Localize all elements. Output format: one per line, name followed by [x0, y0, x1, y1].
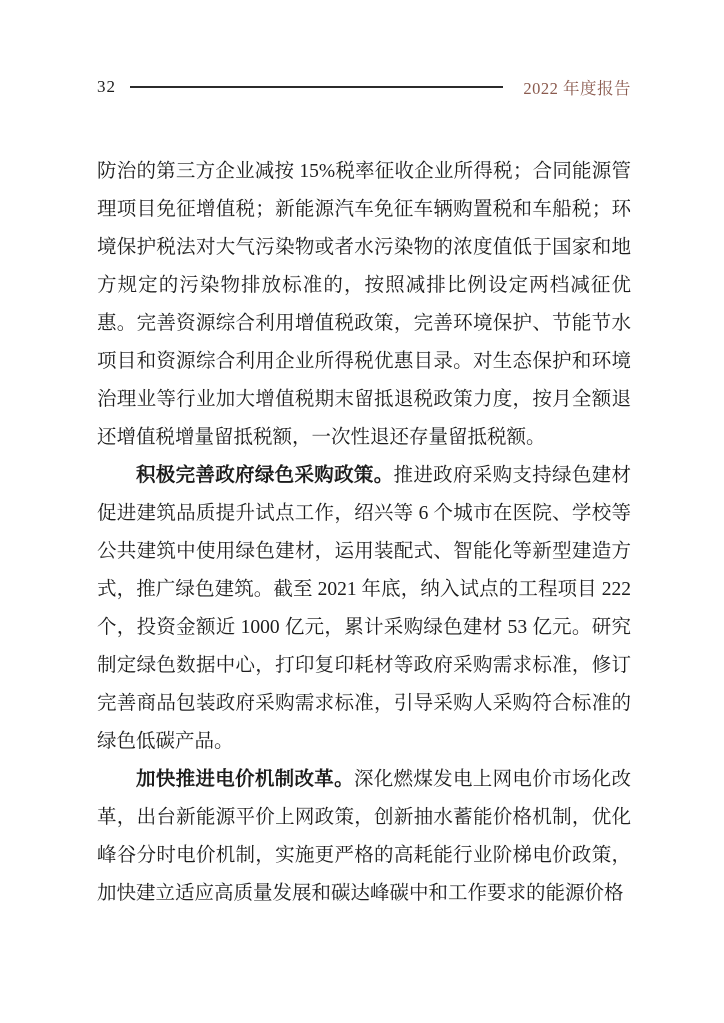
page-body: 防治的第三方企业减按 15%税率征收企业所得税；合同能源管理项目免征增值税；新能… — [97, 153, 631, 913]
report-page: 32 2022 年度报告 防治的第三方企业减按 15%税率征收企业所得税；合同能… — [0, 0, 724, 1023]
paragraph-lead: 积极完善政府绿色采购政策。 — [136, 465, 394, 486]
paragraph: 防治的第三方企业减按 15%税率征收企业所得税；合同能源管理项目免征增值税；新能… — [97, 153, 631, 457]
paragraph-text: 推进政府采购支持绿色建材促进建筑品质提升试点工作，绍兴等 6 个城市在医院、学校… — [97, 465, 631, 752]
paragraph: 加快推进电价机制改革。深化燃煤发电上网电价市场化改革，出台新能源平价上网政策，创… — [97, 761, 631, 913]
page-header: 32 2022 年度报告 — [97, 75, 631, 99]
paragraph-lead: 加快推进电价机制改革。 — [136, 769, 354, 790]
report-title: 2022 年度报告 — [523, 75, 631, 99]
header-rule — [130, 86, 503, 88]
paragraph-text: 防治的第三方企业减按 15%税率征收企业所得税；合同能源管理项目免征增值税；新能… — [97, 161, 631, 448]
paragraph: 积极完善政府绿色采购政策。推进政府采购支持绿色建材促进建筑品质提升试点工作，绍兴… — [97, 457, 631, 761]
page-number: 32 — [97, 77, 116, 97]
